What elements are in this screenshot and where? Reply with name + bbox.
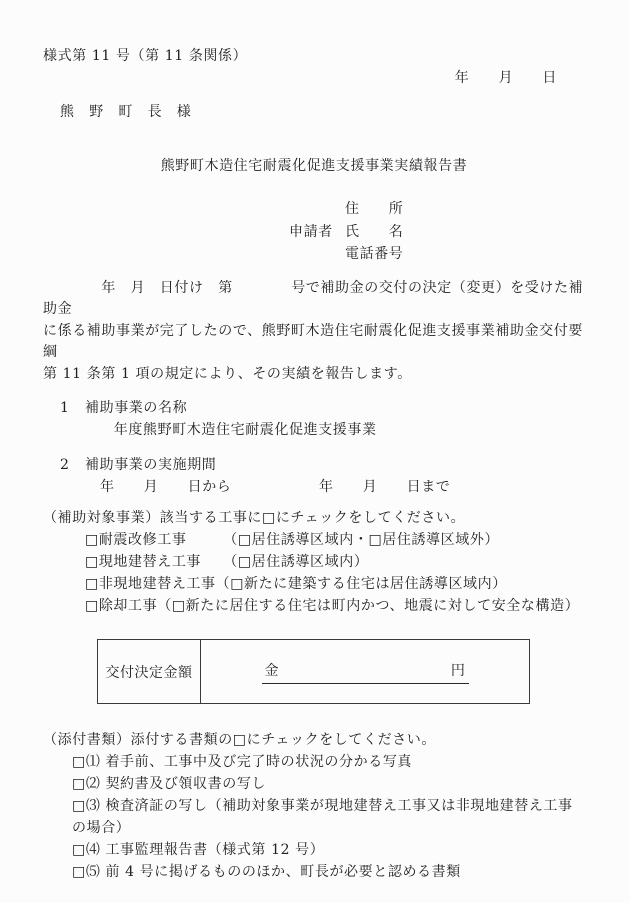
grant-amount-cell: 金 円: [201, 640, 529, 703]
applicant-address-label: 住 所: [345, 198, 403, 221]
applicant-block: 住 所 申請者 氏 名 電話番号: [289, 198, 585, 266]
attachment-text: 契約書及び領収書の写し: [105, 776, 266, 792]
attachment-number: ⑵: [86, 776, 101, 792]
checkbox-icon[interactable]: □: [85, 598, 99, 614]
section-1-heading-text: 補助事業の名称: [85, 400, 187, 416]
attachment-item-other-docs: □⑸前 4 号に掲げるもののほか、町長が必要と認める書類: [72, 861, 585, 883]
date-line: 年 月 日: [43, 70, 585, 86]
opening-paragraph: 年 月 日付け 第 号で補助金の交付の決定（変更）を受けた補助金 に係る補助事業…: [43, 278, 585, 386]
attachment-number: ⑶: [86, 798, 101, 814]
attachment-number: ⑸: [86, 864, 101, 880]
attachment-number: ⑷: [86, 842, 101, 858]
section-2-period: 年 月 日から 年 月 日まで: [100, 476, 585, 498]
attachment-item-supervision-report: □⑷工事監理報告書（様式第 12 号）: [72, 839, 585, 861]
work-item-onsite-rebuild: □現地建替え工事 （□居住誘導区域内）: [85, 551, 585, 573]
attachment-number: ⑴: [86, 754, 101, 770]
grant-amount-label: 交付決定金額: [98, 640, 201, 703]
attachment-text: 工事監理報告書（様式第 12 号）: [105, 842, 324, 858]
form-number: 様式第 11 号（第 11 条関係）: [43, 48, 585, 64]
checkbox-icon[interactable]: □: [85, 554, 99, 570]
grant-amount-table: 交付決定金額 金 円: [97, 639, 530, 704]
applicant-name-row: 申請者 氏 名: [289, 221, 585, 244]
applicant-group-spacer: [289, 198, 345, 221]
document-page: 様式第 11 号（第 11 条関係） 年 月 日 熊 野 町 長 様 熊野町木造…: [0, 0, 630, 903]
checkbox-icon[interactable]: □: [72, 798, 86, 814]
section-2-number: 2: [60, 454, 85, 476]
attachment-item-contract-receipts: □⑵契約書及び領収書の写し: [72, 773, 585, 795]
work-item-offsite-rebuild: □非現地建替え工事（□新たに建築する住宅は居住誘導区域内）: [85, 573, 585, 595]
checkbox-icon[interactable]: □: [72, 864, 86, 880]
eligible-works: （補助対象事業）該当する工事に□にチェックをしてください。 □耐震改修工事 （□…: [43, 507, 585, 617]
section-1-number: 1: [60, 397, 85, 419]
attachments-heading: （添付書類）添付する書類の□にチェックをしてください。: [43, 729, 585, 751]
applicant-address-row: 住 所: [289, 198, 585, 221]
grant-amount-field[interactable]: 金 円: [262, 660, 469, 684]
work-item-label: 非現地建替え工事（□新たに建築する住宅は居住誘導区域内）: [99, 576, 507, 592]
work-item-label: 現地建替え工事 （□居住誘導区域内）: [99, 554, 369, 570]
work-item-demolition: □除却工事（□新たに居住する住宅は町内かつ、地震に対して安全な構造）: [85, 595, 585, 617]
attachment-item-inspection-cert: □⑶検査済証の写し（補助対象事業が現地建替え工事又は非現地建替え工事の場合）: [72, 795, 585, 839]
opening-line-2: に係る補助事業が完了したので、熊野町木造住宅耐震化促進支援事業補助金交付要綱: [43, 321, 585, 364]
section-1: 1補助事業の名称 年度熊野町木造住宅耐震化促進支援事業: [43, 397, 585, 441]
applicant-phone-label: 電話番号: [345, 243, 403, 266]
eligible-works-heading: （補助対象事業）該当する工事に□にチェックをしてください。: [43, 507, 585, 529]
opening-line-1: 年 月 日付け 第 号で補助金の交付の決定（変更）を受けた補助金: [43, 278, 585, 321]
attachments: （添付書類）添付する書類の□にチェックをしてください。 □⑴着手前、工事中及び完…: [43, 729, 585, 883]
work-item-seismic-retrofit: □耐震改修工事 （□居住誘導区域内・□居住誘導区域外）: [85, 529, 585, 551]
work-item-label: 除却工事（□新たに居住する住宅は町内かつ、地震に対して安全な構造）: [99, 598, 579, 614]
section-2: 2補助事業の実施期間 年 月 日から 年 月 日まで: [43, 454, 585, 498]
checkbox-icon[interactable]: □: [72, 776, 86, 792]
attachment-item-photos: □⑴着手前、工事中及び完了時の状況の分かる写真: [72, 751, 585, 773]
checkbox-icon[interactable]: □: [72, 842, 86, 858]
section-1-value: 年度熊野町木造住宅耐震化促進支援事業: [70, 419, 585, 441]
applicant-phone-row: 電話番号: [289, 243, 585, 266]
applicant-group-label: 申請者: [289, 221, 345, 244]
attachment-text: 検査済証の写し（補助対象事業が現地建替え工事又は非現地建替え工事の場合）: [72, 798, 573, 836]
work-item-label: 耐震改修工事 （□居住誘導区域内・□居住誘導区域外）: [99, 532, 499, 548]
amount-suffix: 円: [451, 660, 466, 680]
addressee-line: 熊 野 町 長 様: [60, 104, 585, 120]
checkbox-icon[interactable]: □: [85, 576, 99, 592]
attachment-text: 前 4 号に掲げるもののほか、町長が必要と認める書類: [105, 864, 460, 880]
opening-line-3: 第 11 条第 1 項の規定により、その実績を報告します。: [43, 364, 585, 386]
checkbox-icon[interactable]: □: [85, 532, 99, 548]
checkbox-icon[interactable]: □: [72, 754, 86, 770]
section-1-heading: 1補助事業の名称: [60, 397, 585, 419]
amount-prefix: 金: [265, 660, 280, 680]
applicant-group-spacer: [289, 243, 345, 266]
document-title: 熊野町木造住宅耐震化促進支援事業実績報告書: [43, 158, 585, 174]
attachment-text: 着手前、工事中及び完了時の状況の分かる写真: [105, 754, 412, 770]
section-2-heading-text: 補助事業の実施期間: [85, 457, 216, 473]
section-2-heading: 2補助事業の実施期間: [60, 454, 585, 476]
applicant-name-label: 氏 名: [345, 221, 403, 244]
